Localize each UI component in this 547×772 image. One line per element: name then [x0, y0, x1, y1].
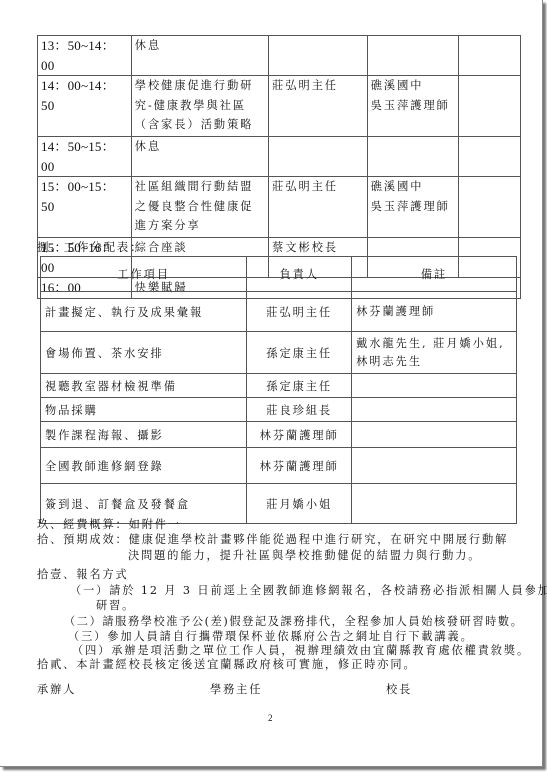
- work-item: 物品採購: [41, 398, 247, 422]
- work-item: 製作課程海報、攝影: [41, 422, 247, 448]
- schedule-host: 莊弘明主任: [269, 177, 368, 238]
- work-row: 物品採購 莊良珍組長: [41, 398, 517, 422]
- schedule-speaker: 礁溪國中 吳玉萍護理師: [367, 177, 459, 238]
- header-work-item: 工作項目: [41, 257, 247, 292]
- schedule-host: 莊弘明主任: [269, 76, 368, 137]
- schedule-time: 14：50~15：00: [38, 137, 132, 177]
- signature-student-affairs-director: 學務主任: [210, 682, 262, 697]
- work-item: 計畫擬定、執行及成果彙報: [41, 292, 247, 332]
- work-item: 視聽教室器材檢視準備: [41, 374, 247, 398]
- schedule-speaker: [367, 36, 459, 76]
- work-note: [352, 422, 517, 448]
- work-item: 會場佈置、茶水安排: [41, 332, 247, 374]
- schedule-extra: [459, 137, 521, 177]
- document-page: 13：50~14：00 休息 14：00~14：50 學校健康促進行動研究-健康…: [0, 0, 543, 767]
- section-9-budget: 玖、經費概算：如附件一: [37, 517, 181, 532]
- schedule-topic: 學校健康促進行動研究-健康教學與社區（含家長）活動策略: [131, 76, 268, 137]
- schedule-extra: [459, 36, 521, 76]
- work-person: 林芬蘭護理師: [247, 448, 352, 484]
- section-10-line1: 拾、預期成效：健康促進學校計畫夥伴能從過程中進行研究，在研究中開展行動解: [37, 532, 508, 547]
- work-assignment-table: 工作項目 負責人 備註 計畫擬定、執行及成果彙報 莊弘明主任 林芬蘭護理師 會場…: [40, 256, 517, 524]
- registration-item-1-cont: 研習。: [96, 598, 135, 613]
- work-row: 全國教師進修網登錄 林芬蘭護理師: [41, 448, 517, 484]
- schedule-row: 14：00~14：50 學校健康促進行動研究-健康教學與社區（含家長）活動策略 …: [38, 76, 521, 137]
- header-person: 負責人: [247, 257, 352, 292]
- section-10-line2: 決問題的能力，提升社區與學校推動健促的結盟力與行動力。: [128, 548, 481, 563]
- work-row: 視聽教室器材檢視準備 孫定康主任: [41, 374, 517, 398]
- work-note: [352, 448, 517, 484]
- work-person: 莊良珍組長: [247, 398, 352, 422]
- schedule-time: 15：00~15：50: [38, 177, 132, 238]
- section-12: 拾貳、本計畫經校長核定後送宜蘭縣政府核可實施，修正時亦同。: [37, 657, 417, 672]
- page-number: 2: [268, 713, 273, 723]
- registration-item-1: （一）請於 12 月 3 日前逕上全國教師進修網報名，各校請務必指派相關人員參加: [70, 583, 547, 598]
- signature-principal: 校長: [386, 682, 412, 697]
- work-note: 戴水龍先生, 莊月嬌小姐, 林明志先生: [352, 332, 517, 374]
- schedule-topic: 社區組織間行動結盟之優良整合性健康促進方案分享: [131, 177, 268, 238]
- schedule-row: 15：00~15：50 社區組織間行動結盟之優良整合性健康促進方案分享 莊弘明主…: [38, 177, 521, 238]
- schedule-topic: 休息: [131, 36, 268, 76]
- work-table-header: 工作項目 負責人 備註: [41, 257, 517, 292]
- work-note: [352, 374, 517, 398]
- schedule-row: 13：50~14：00 休息: [38, 36, 521, 76]
- schedule-row: 14：50~15：00 休息: [38, 137, 521, 177]
- registration-item-3: （三）參加人員請自行攜帶環保杯並依縣府公告之網址自行下載講義。: [68, 629, 474, 644]
- work-row: 會場佈置、茶水安排 孫定康主任 戴水龍先生, 莊月嬌小姐, 林明志先生: [41, 332, 517, 374]
- work-item: 全國教師進修網登錄: [41, 448, 247, 484]
- schedule-extra: [459, 76, 521, 137]
- schedule-time: 14：00~14：50: [38, 76, 132, 137]
- schedule-topic: 休息: [131, 137, 268, 177]
- schedule-time: 13：50~14：00: [38, 36, 132, 76]
- signature-organizer: 承辦人: [37, 682, 76, 697]
- work-person: 莊弘明主任: [247, 292, 352, 332]
- header-note: 備註: [352, 257, 517, 292]
- work-note: [352, 484, 517, 524]
- registration-item-2: （二）請服務學校准予公(差)假登記及課務排代，全程參加人員始核發研習時數。: [64, 614, 524, 629]
- schedule-host: [269, 36, 368, 76]
- work-note: 林芬蘭護理師: [352, 292, 517, 332]
- work-note: [352, 398, 517, 422]
- work-person: 孫定康主任: [247, 374, 352, 398]
- schedule-host: [269, 137, 368, 177]
- work-person: 林芬蘭護理師: [247, 422, 352, 448]
- schedule-speaker: [367, 137, 459, 177]
- work-row: 製作課程海報、攝影 林芬蘭護理師: [41, 422, 517, 448]
- work-person: 孫定康主任: [247, 332, 352, 374]
- section-8-heading: 捌、工作分配表：: [37, 239, 143, 255]
- schedule-extra: [459, 177, 521, 238]
- schedule-speaker: 礁溪國中 吳玉萍護理師: [367, 76, 459, 137]
- work-row: 計畫擬定、執行及成果彙報 莊弘明主任 林芬蘭護理師: [41, 292, 517, 332]
- work-person: 莊月嬌小姐: [247, 484, 352, 524]
- registration-item-4: （四）承辦是項活動之單位工作人員，視辦理績效由宜蘭縣教育處依權責敘獎。: [72, 643, 530, 658]
- section-11-heading: 拾壹、報名方式: [37, 567, 129, 582]
